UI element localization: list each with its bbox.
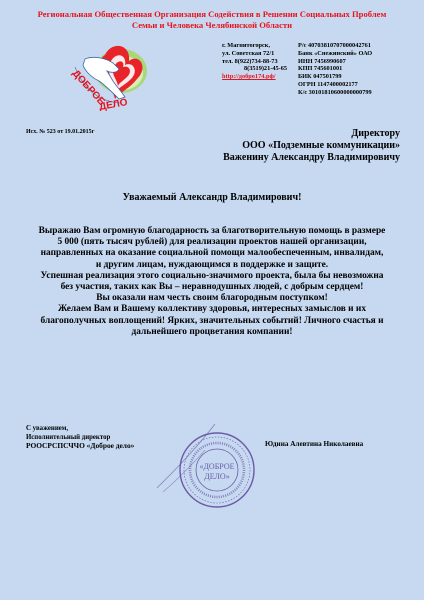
signoff-block: С уважением, Исполнительный директор РОО… bbox=[26, 425, 134, 451]
svg-text:ДЕЛО»: ДЕЛО» bbox=[204, 472, 229, 481]
svg-text:«ДОБРОЕ: «ДОБРОЕ bbox=[199, 462, 234, 471]
body-line: Желаем Вам и Вашему коллективу здоровья,… bbox=[0, 304, 424, 315]
addressee-position: Директору bbox=[223, 128, 400, 140]
body-line: дальнейшего процветания компании! bbox=[0, 327, 424, 338]
phone-2: 8(3519)21-45-65 bbox=[222, 65, 287, 73]
body-line: благополучных воплощений! Ярких, значите… bbox=[0, 316, 424, 327]
salutation: Уважаемый Александр Владимирович! bbox=[0, 192, 424, 203]
contact-info: г. Магнитогорск, ул. Советская 72/1 тел.… bbox=[222, 42, 287, 81]
regards: С уважением, bbox=[26, 425, 134, 434]
bik: БИК 047501799 bbox=[298, 73, 372, 81]
phone-1: тел. 8(922)734-88-73 bbox=[222, 58, 287, 66]
ogrn: ОГРН 1147400002177 bbox=[298, 81, 372, 89]
body-line: без участия, таких как Вы – неравнодушны… bbox=[0, 282, 424, 293]
dobroe-delo-logo-icon: ДОБРОЕ ДЕЛО bbox=[55, 33, 155, 111]
signer-organization: РООСРСПСЧЧО «Доброе дело» bbox=[26, 442, 134, 451]
addressee-company: ООО «Подземные коммуникации» bbox=[223, 140, 400, 152]
signer-name: Юдина Алевтина Николаевна bbox=[265, 440, 363, 448]
org-title-line-2: Семьи и Человека Челябинской Области bbox=[0, 20, 424, 31]
city: г. Магнитогорск, bbox=[222, 42, 287, 50]
outgoing-reference: Исх. № 523 от 19.01.2015г bbox=[26, 129, 94, 135]
street-address: ул. Советская 72/1 bbox=[222, 50, 287, 58]
bank-name: Банк «Снежинский» ОАО bbox=[298, 50, 372, 58]
bank-details: Р/с 40703810707000042761 Банк «Снежински… bbox=[298, 42, 372, 97]
body-line: Выражаю Вам огромную благодарность за бл… bbox=[0, 226, 424, 237]
correspondent-account: К/с 30101810600000000799 bbox=[298, 89, 372, 97]
addressee-block: Директору ООО «Подземные коммуникации» В… bbox=[223, 128, 400, 164]
kpp: КПП 745601001 bbox=[298, 65, 372, 73]
letter-page: Региональная Общественная Организация Со… bbox=[0, 0, 424, 600]
addressee-name: Важенину Александру Владимировичу bbox=[223, 152, 400, 164]
body-line: направленных на оказание социальной помо… bbox=[0, 248, 424, 259]
organization-title: Региональная Общественная Организация Со… bbox=[0, 9, 424, 31]
official-stamp-icon: «ДОБРОЕ ДЕЛО» bbox=[155, 420, 255, 512]
settlement-account: Р/с 40703810707000042761 bbox=[298, 42, 372, 50]
body-line: Вы оказали нам честь своим благородным п… bbox=[0, 293, 424, 304]
inn: ИНН 7456990607 bbox=[298, 58, 372, 66]
website-link[interactable]: http://добро174.рф/ bbox=[222, 73, 276, 80]
body-line: 5 000 (пять тысяч рублей) для реализации… bbox=[0, 237, 424, 248]
body-line: Успешная реализация этого социально-знач… bbox=[0, 271, 424, 282]
org-title-line-1: Региональная Общественная Организация Со… bbox=[0, 9, 424, 20]
body-line: и другим лицам, нуждающимся в поддержке … bbox=[0, 260, 424, 271]
letter-body: Выражаю Вам огромную благодарность за бл… bbox=[0, 226, 424, 338]
